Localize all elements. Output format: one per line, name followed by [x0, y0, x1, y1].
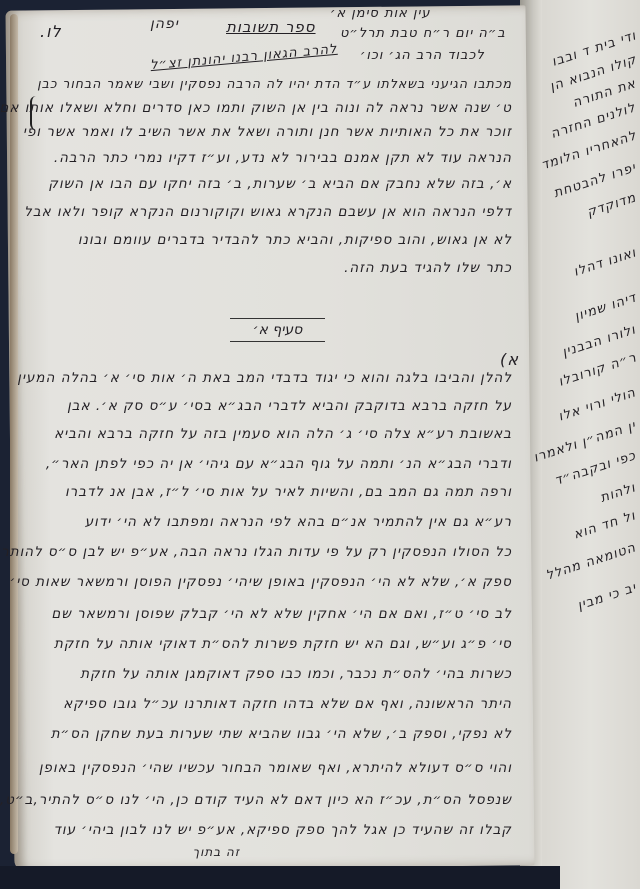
date-line: ב״ה יום ר״ח טבת תרל״ט: [340, 26, 506, 41]
text-line: באשובת רע״א צלה סי׳ ג׳ הלה הוא סעמין בזה…: [54, 426, 512, 442]
text-line: זוכר את כל האותיות אשר חנן ותורה ושאל את…: [23, 124, 512, 140]
text-line: ט׳ שנה אשר נראה לה ונוה בין אן השוק ותמו…: [0, 100, 512, 116]
text-line: קבלו זה שהעיד כן אגל להך ספק ספיקא, אע״פ…: [54, 822, 512, 838]
salutation-line: לכבוד הרב הג׳ וכו׳: [360, 48, 485, 63]
text-line: שנפסל הס״ת, עכ״ז הא כיון דאם לא העיד קוד…: [0, 792, 512, 808]
background-shadow: [0, 866, 560, 889]
text-line: להלן והביבו בלגה והוא כי יגוד בדבדי המב …: [17, 370, 512, 386]
text-line: ורפה תמה גם המב בם, והשיות לאיר על אות ס…: [65, 484, 512, 500]
text-line: ודברי הבג״א הנ׳ ותמה על גוף הבג״א עם גיה…: [46, 456, 512, 472]
text-line: א׳, בזה שלא נחבק אם הביא ב׳ שערות, ב׳ בז…: [48, 176, 512, 192]
page-edge: [10, 14, 18, 854]
text-line: היתר הראשונה, ואף אם שלא בדהו חזקה דאותר…: [63, 696, 512, 712]
page-number: לו.: [40, 22, 62, 41]
text-line: סי׳ פ״ג וע״ש, וגם הא יש חזקת פשרות להס״ת…: [54, 636, 512, 652]
text-line: דלפי הנראה הוא אן עשבם הנקרא גאוש וקוקור…: [24, 204, 512, 220]
text-line: והוי ס״ס דעולא להיתרא, ואף שאומר הבחור ע…: [39, 760, 512, 776]
text-line: על חזקה ברבא בדוקבק והביא לדברי הבג״א בס…: [67, 398, 512, 414]
page-title: ספר תשובות: [226, 18, 316, 36]
reference-line: עין אות סימן א׳: [330, 6, 431, 21]
text-line: לב סי׳ ט״ז, ואם אם הי׳ אחקין שלא לא הי׳ …: [51, 606, 512, 622]
margin-letter: א): [500, 350, 519, 369]
text-line: לא אן גאוש, והוב ספיקות, והביא כתר להבדי…: [78, 232, 512, 248]
folio-mark: יפהן: [150, 16, 179, 32]
manuscript-photo: לו. יפהן ספר תשובות להרב הגאון רבנו יהונ…: [0, 0, 640, 889]
section-heading: סעיף א׳: [230, 318, 325, 342]
text-line: ספק א׳, שלא לא הי׳ הנפסקין באופן שיהי׳ נ…: [10, 574, 512, 590]
text-line: זה בתוך: [193, 845, 240, 859]
text-line: מכתבו הגיעני בשאלתו ע״ד הדת יהיו לה הרבה…: [37, 76, 512, 91]
text-line: רע״א גם אין להתמיר אנ״ם בהא לפי הנראה ומ…: [85, 514, 512, 530]
text-line: כתר שלו להגיד בעת הזה.: [344, 260, 512, 276]
text-line: לא נפקי, וספק ב׳, שלא הי׳ גבוו שהביא שתי…: [51, 726, 512, 742]
text-line: כשרות בהי׳ להס״ת נכבר, וכמו כבו ספק דאוק…: [80, 666, 512, 682]
text-line: כל הסולו הנפסקין רק על פי עדות הגלו נראה…: [1, 544, 512, 560]
text-line: הנראה עוד לא תקן אמנם בבירור לא נדע, וע״…: [54, 150, 512, 166]
